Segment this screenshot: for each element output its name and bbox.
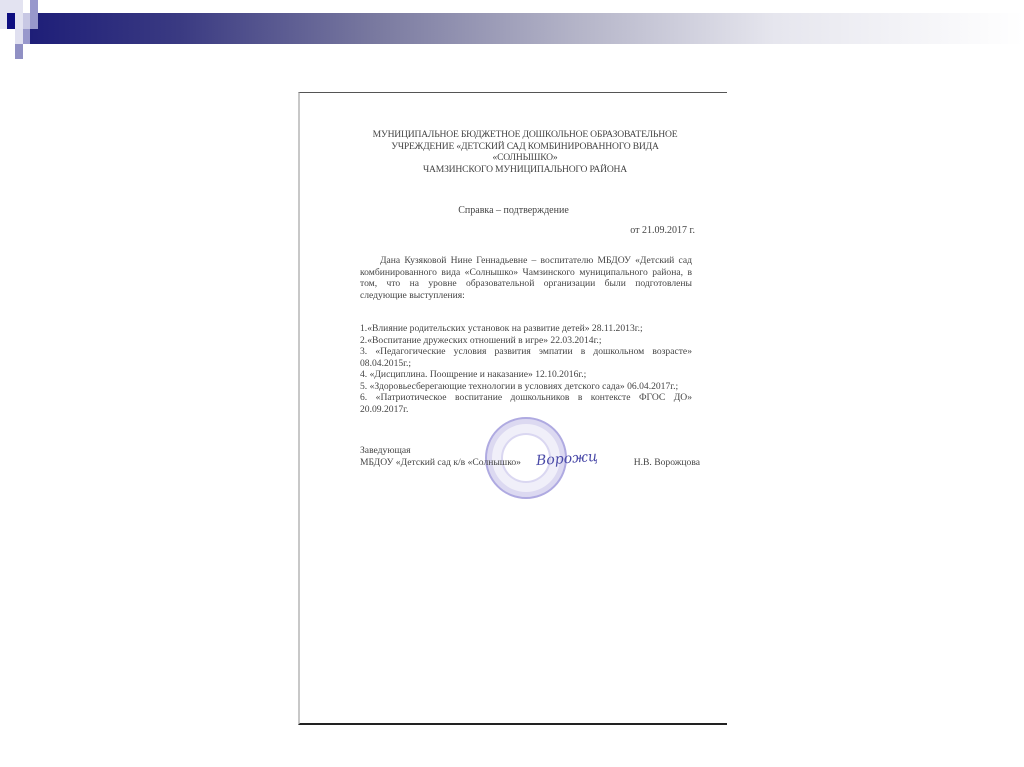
signer-position: Заведующая bbox=[360, 445, 700, 457]
decor-square bbox=[30, 0, 38, 29]
signer-organization: МБДОУ «Детский сад к/в «Солнышко» bbox=[360, 457, 521, 469]
list-item: 2.«Воспитание дружеских отношений в игре… bbox=[360, 335, 692, 347]
list-item: 5. «Здоровьесберегающие технологии в усл… bbox=[360, 381, 692, 393]
list-item: 4. «Дисциплина. Поощрение и наказание» 1… bbox=[360, 369, 692, 381]
header-line: МУНИЦИПАЛЬНОЕ БЮДЖЕТНОЕ ДОШКОЛЬНОЕ ОБРАЗ… bbox=[360, 129, 690, 141]
list-item: 6. «Патриотическое воспитание дошкольник… bbox=[360, 392, 692, 415]
header-line: УЧРЕЖДЕНИЕ «ДЕТСКИЙ САД КОМБИНИРОВАННОГО… bbox=[360, 141, 690, 164]
title-bar-gradient bbox=[30, 13, 1024, 44]
document-body: Дана Кузяковой Нине Геннадьевне – воспит… bbox=[360, 255, 692, 301]
list-item: 1.«Влияние родительских установок на раз… bbox=[360, 323, 692, 335]
signer-name: Н.В. Ворожцова bbox=[634, 457, 700, 469]
list-item: 3. «Педагогические условия развития эмпа… bbox=[360, 346, 692, 369]
header-line: ЧАМЗИНСКОГО МУНИЦИПАЛЬНОГО РАЙОНА bbox=[360, 164, 690, 176]
presentations-list: 1.«Влияние родительских установок на раз… bbox=[360, 323, 692, 415]
decor-square bbox=[15, 29, 23, 44]
body-paragraph: Дана Кузяковой Нине Геннадьевне – воспит… bbox=[360, 255, 692, 301]
decor-square bbox=[7, 13, 15, 29]
decor-square bbox=[15, 44, 23, 59]
decor-square bbox=[23, 29, 30, 44]
document-date: от 21.09.2017 г. bbox=[630, 225, 695, 237]
document-title: Справка – подтверждение bbox=[300, 205, 727, 217]
scanned-document: МУНИЦИПАЛЬНОЕ БЮДЖЕТНОЕ ДОШКОЛЬНОЕ ОБРАЗ… bbox=[298, 92, 727, 725]
signature-block: Заведующая МБДОУ «Детский сад к/в «Солны… bbox=[360, 445, 700, 468]
organization-header: МУНИЦИПАЛЬНОЕ БЮДЖЕТНОЕ ДОШКОЛЬНОЕ ОБРАЗ… bbox=[360, 129, 690, 175]
